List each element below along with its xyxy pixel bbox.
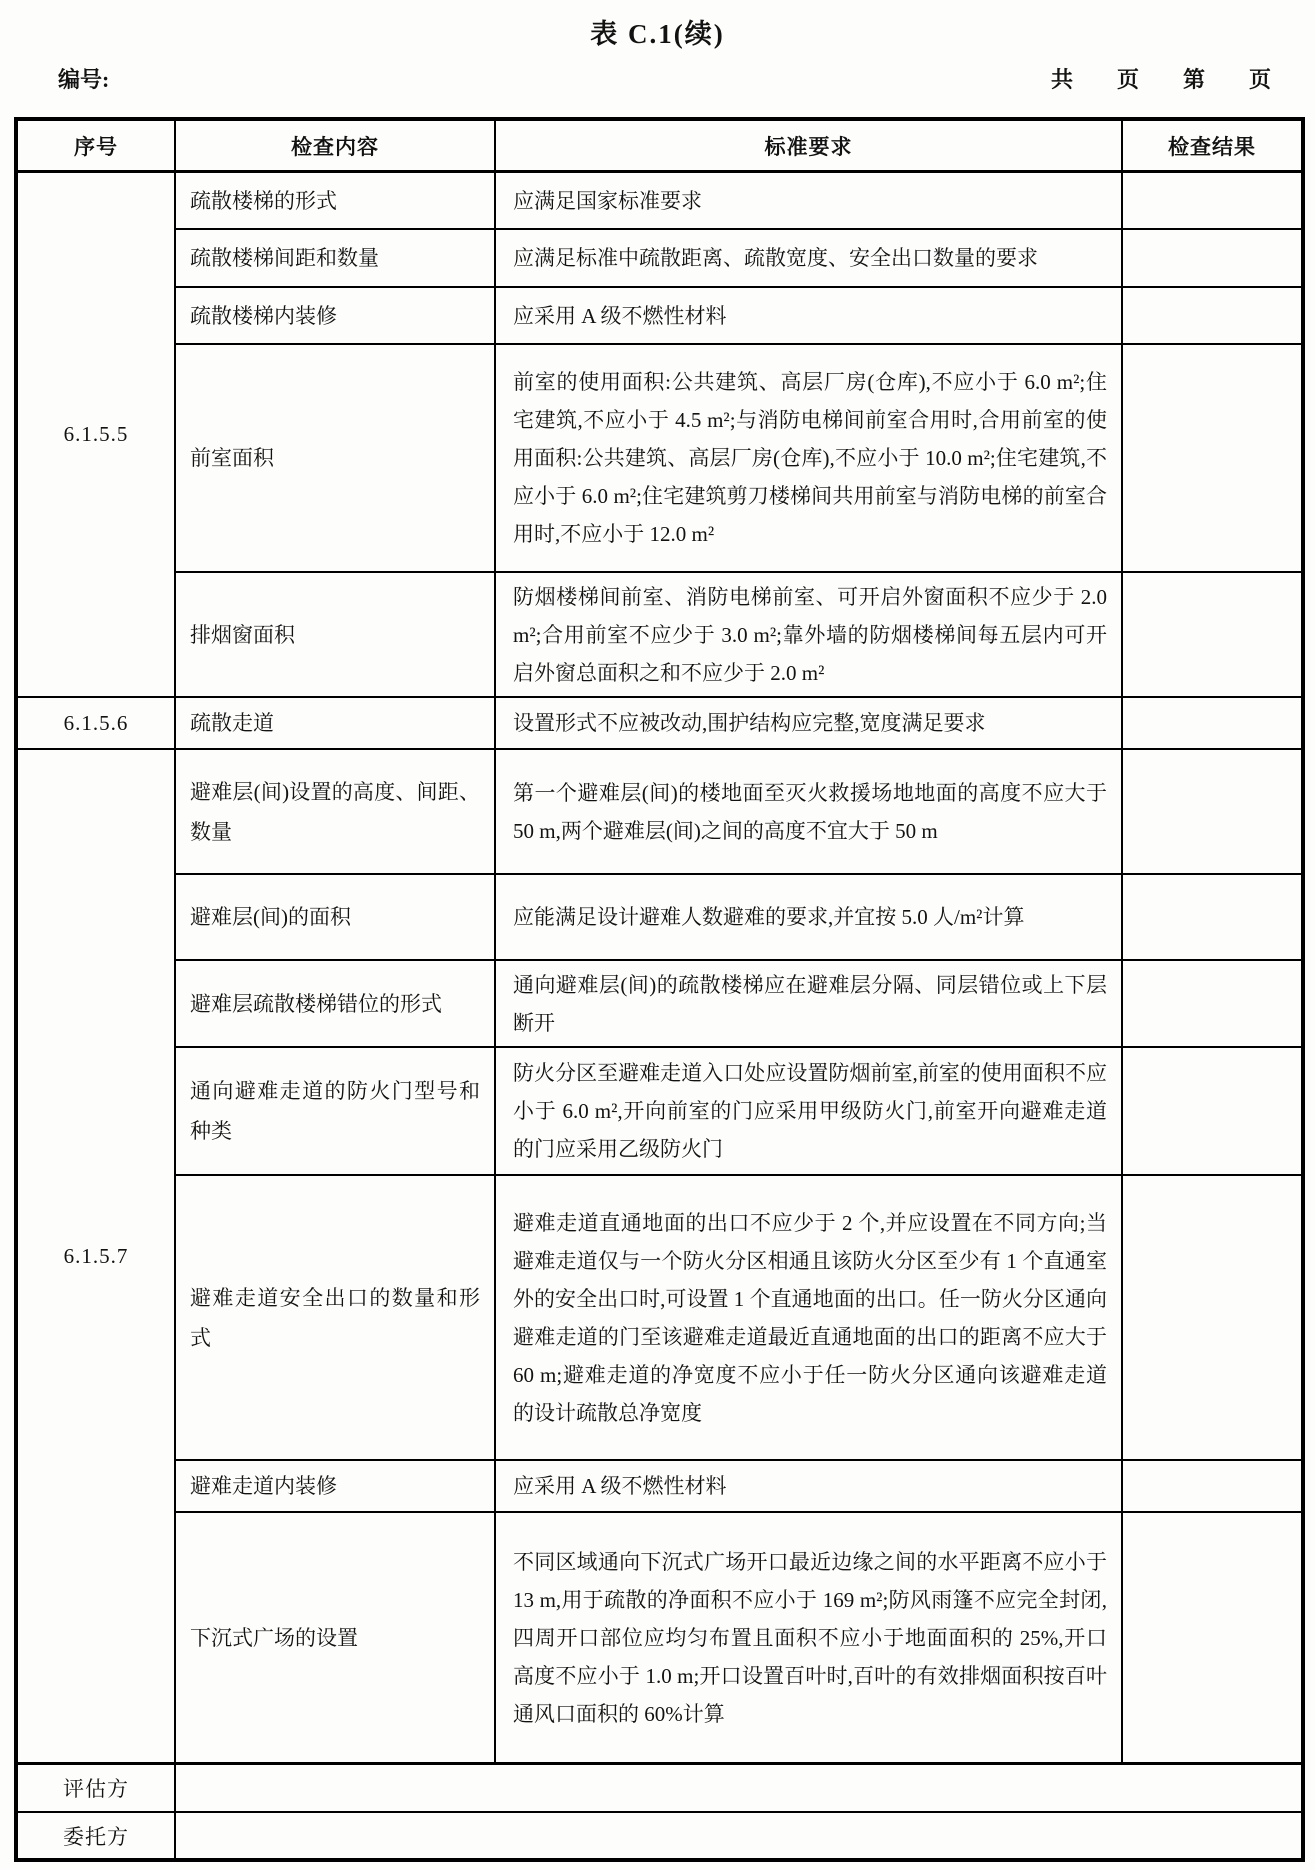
header-requirement-label: 标准要求	[496, 131, 1121, 161]
requirement-text: 前室的使用面积:公共建筑、高层厂房(仓库),不应小于 6.0 m²;住宅建筑,不…	[513, 363, 1107, 553]
header-item-label: 检查内容	[176, 131, 494, 161]
requirement-text: 防烟楼梯间前室、消防电梯前室、可开启外窗面积不应少于 2.0 m²;合用前室不应…	[513, 578, 1107, 692]
result-cell	[1123, 875, 1301, 961]
seq-number: 6.1.5.6	[18, 711, 174, 736]
page-unit-label-1: 页	[1117, 63, 1139, 94]
seq-number: 6.1.5.5	[18, 422, 174, 447]
assessor-label: 评估方	[18, 1773, 174, 1803]
client-label: 委托方	[18, 1821, 174, 1851]
result-cell	[1123, 345, 1301, 573]
result-cell	[1123, 698, 1301, 750]
item-cell: 疏散走道	[176, 698, 496, 750]
requirement-cell: 避难走道直通地面的出口不应少于 2 个,并应设置在不同方向;当避难走道仅与一个防…	[496, 1176, 1123, 1461]
assessor-value-cell	[176, 1765, 1301, 1813]
result-cell	[1123, 1048, 1301, 1176]
item-cell: 避难层疏散楼梯错位的形式	[176, 961, 496, 1048]
header-item: 检查内容	[176, 121, 496, 173]
requirement-cell: 前室的使用面积:公共建筑、高层厂房(仓库),不应小于 6.0 m²;住宅建筑,不…	[496, 345, 1123, 573]
header-seq-label: 序号	[18, 131, 174, 161]
item-cell: 前室面积	[176, 345, 496, 573]
item-cell: 排烟窗面积	[176, 573, 496, 698]
seq-number: 6.1.5.7	[18, 1244, 174, 1269]
requirement-text: 通向避难层(间)的疏散楼梯应在避难层分隔、同层错位或上下层断开	[513, 966, 1107, 1042]
item-cell: 避难层(间)的面积	[176, 875, 496, 961]
result-cell	[1123, 230, 1301, 288]
page-ordinal-label: 第	[1183, 63, 1205, 94]
requirement-cell: 应采用 A 级不燃性材料	[496, 1461, 1123, 1513]
result-cell	[1123, 288, 1301, 345]
requirement-cell: 应采用 A 级不燃性材料	[496, 288, 1123, 345]
header-result: 检查结果	[1123, 121, 1301, 173]
inspection-table: 序号 检查内容 标准要求 检查结果 6.1.5.5 疏散楼梯的形式 应满足国家标…	[14, 117, 1305, 1862]
result-cell	[1123, 1513, 1301, 1765]
requirement-cell: 应能满足设计避难人数避难的要求,并宜按 5.0 人/m²计算	[496, 875, 1123, 961]
requirement-text: 设置形式不应被改动,围护结构应完整,宽度满足要求	[513, 704, 1107, 742]
requirement-cell: 应满足国家标准要求	[496, 173, 1123, 230]
item-label: 疏散楼梯间距和数量	[190, 238, 480, 278]
document-page: 表 C.1(续) 编号: 共 页 第 页 序号 检查内容 标准要求 检查结果 6…	[0, 0, 1315, 1870]
requirement-text: 不同区域通向下沉式广场开口最近边缘之间的水平距离不应小于 13 m,用于疏散的净…	[513, 1543, 1107, 1733]
requirement-cell: 不同区域通向下沉式广场开口最近边缘之间的水平距离不应小于 13 m,用于疏散的净…	[496, 1513, 1123, 1765]
result-cell	[1123, 1176, 1301, 1461]
requirement-cell: 防烟楼梯间前室、消防电梯前室、可开启外窗面积不应少于 2.0 m²;合用前室不应…	[496, 573, 1123, 698]
seq-cell-6-1-5-7: 6.1.5.7	[18, 750, 176, 1765]
item-label: 疏散楼梯的形式	[190, 181, 480, 221]
requirement-cell: 第一个避难层(间)的楼地面至灭火救援场地地面的高度不应大于 50 m,两个避难层…	[496, 750, 1123, 875]
item-cell: 避难走道安全出口的数量和形式	[176, 1176, 496, 1461]
client-label-cell: 委托方	[18, 1813, 176, 1858]
item-label: 避难层(间)的面积	[190, 897, 480, 937]
item-cell: 疏散楼梯内装修	[176, 288, 496, 345]
requirement-cell: 通向避难层(间)的疏散楼梯应在避难层分隔、同层错位或上下层断开	[496, 961, 1123, 1048]
item-cell: 通向避难走道的防火门型号和种类	[176, 1048, 496, 1176]
item-label: 疏散楼梯内装修	[190, 296, 480, 336]
header-result-label: 检查结果	[1123, 131, 1301, 161]
item-cell: 下沉式广场的设置	[176, 1513, 496, 1765]
requirement-text: 避难走道直通地面的出口不应少于 2 个,并应设置在不同方向;当避难走道仅与一个防…	[513, 1204, 1107, 1432]
document-number-label: 编号:	[58, 63, 109, 94]
result-cell	[1123, 1461, 1301, 1513]
requirement-text: 应采用 A 级不燃性材料	[513, 1467, 1107, 1505]
requirement-text: 应采用 A 级不燃性材料	[513, 297, 1107, 335]
result-cell	[1123, 961, 1301, 1048]
meta-row: 编号: 共 页 第 页	[58, 63, 1271, 94]
item-label: 排烟窗面积	[190, 615, 480, 655]
item-cell: 疏散楼梯的形式	[176, 173, 496, 230]
seq-cell-6-1-5-5: 6.1.5.5	[18, 173, 176, 698]
item-cell: 避难层(间)设置的高度、间距、数量	[176, 750, 496, 875]
requirement-text: 应满足国家标准要求	[513, 182, 1107, 220]
result-cell	[1123, 573, 1301, 698]
header-seq: 序号	[18, 121, 176, 173]
item-cell: 避难走道内装修	[176, 1461, 496, 1513]
item-cell: 疏散楼梯间距和数量	[176, 230, 496, 288]
requirement-text: 防火分区至避难走道入口处应设置防烟前室,前室的使用面积不应小于 6.0 m²,开…	[513, 1054, 1107, 1168]
page-unit-label-2: 页	[1249, 63, 1271, 94]
item-label: 前室面积	[190, 438, 480, 478]
requirement-text: 第一个避难层(间)的楼地面至灭火救援场地地面的高度不应大于 50 m,两个避难层…	[513, 774, 1107, 850]
requirement-cell: 设置形式不应被改动,围护结构应完整,宽度满足要求	[496, 698, 1123, 750]
header-requirement: 标准要求	[496, 121, 1123, 173]
seq-cell-6-1-5-6: 6.1.5.6	[18, 698, 176, 750]
page-count-labels: 共 页 第 页	[1051, 63, 1271, 94]
requirement-cell: 应满足标准中疏散距离、疏散宽度、安全出口数量的要求	[496, 230, 1123, 288]
item-label: 下沉式广场的设置	[190, 1618, 480, 1658]
result-cell	[1123, 750, 1301, 875]
table-title: 表 C.1(续)	[0, 12, 1315, 51]
page-total-label: 共	[1051, 63, 1073, 94]
result-cell	[1123, 173, 1301, 230]
item-label: 避难层疏散楼梯错位的形式	[190, 984, 480, 1024]
item-label: 避难走道内装修	[190, 1466, 480, 1506]
item-label: 避难走道安全出口的数量和形式	[190, 1278, 480, 1358]
assessor-label-cell: 评估方	[18, 1765, 176, 1813]
requirement-text: 应能满足设计避难人数避难的要求,并宜按 5.0 人/m²计算	[513, 898, 1107, 936]
item-label: 避难层(间)设置的高度、间距、数量	[190, 772, 480, 852]
client-value-cell	[176, 1813, 1301, 1858]
item-label: 通向避难走道的防火门型号和种类	[190, 1071, 480, 1151]
requirement-text: 应满足标准中疏散距离、疏散宽度、安全出口数量的要求	[513, 239, 1107, 277]
requirement-cell: 防火分区至避难走道入口处应设置防烟前室,前室的使用面积不应小于 6.0 m²,开…	[496, 1048, 1123, 1176]
item-label: 疏散走道	[190, 703, 480, 743]
